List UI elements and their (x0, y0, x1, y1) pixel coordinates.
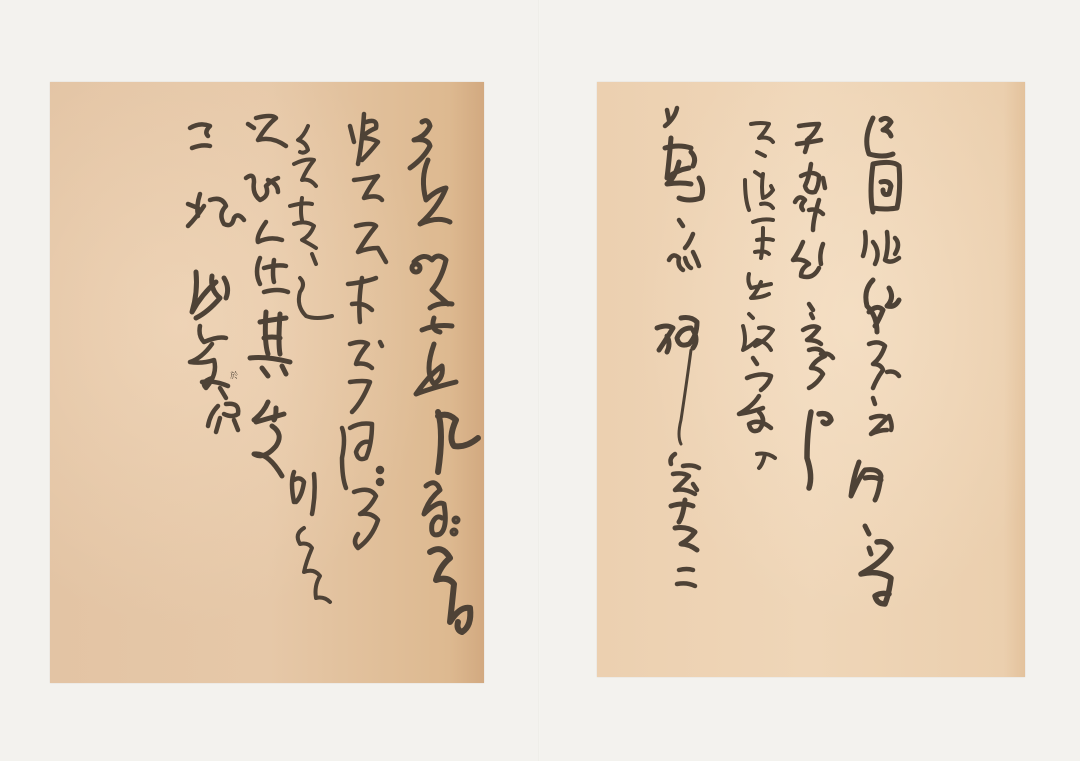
right-column-3-strokes (739, 123, 775, 468)
left-page-brushstrokes (50, 82, 484, 683)
right-column-4-strokes (657, 108, 703, 586)
left-manuscript-page: 事非故言進後皆辭 於天下不平之而猶之為 之也未之 足以任其事則無 之稱也矣 (50, 82, 484, 683)
right-column-1-strokes (851, 118, 900, 604)
left-column-3-strokes (290, 126, 332, 318)
book-gutter (538, 0, 540, 761)
left-column-1-strokes (410, 121, 478, 632)
left-column-5-strokes (188, 124, 244, 432)
left-column-4-strokes (246, 116, 330, 602)
right-column-2-strokes (793, 124, 833, 488)
right-page-brushstrokes (597, 82, 1025, 677)
marginal-note: 於 (230, 370, 238, 381)
left-column-2-strokes (342, 114, 386, 548)
right-manuscript-page: 使國收勉強物用之官 而尚其名之之新也 至之治平之世故而散大 難之論無多之 (597, 82, 1025, 677)
